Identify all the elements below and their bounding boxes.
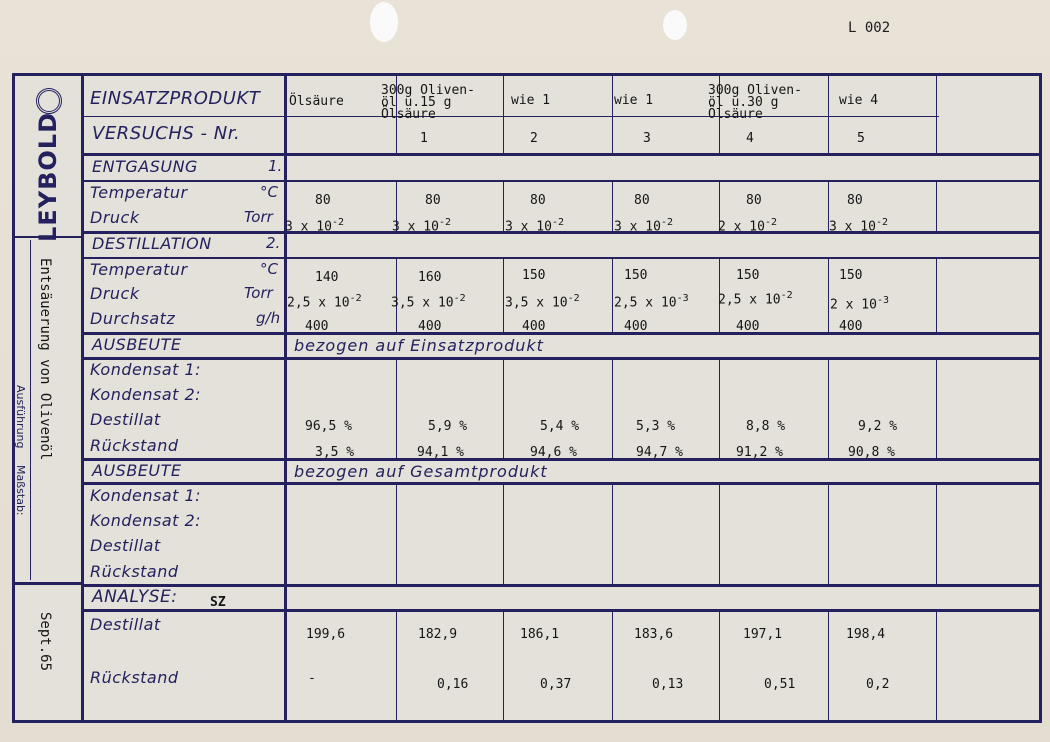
col3-ent-temp: 80 <box>634 194 650 207</box>
col-line <box>612 76 613 154</box>
ausbeute1-label: AUSBEUTE <box>92 335 182 354</box>
destillation-num: 2. <box>266 234 280 252</box>
col4-sz-destillat: 197,1 <box>743 628 782 641</box>
col-line <box>936 182 937 232</box>
ausbeute2-note: bezogen auf Gesamtprodukt <box>294 462 548 481</box>
dest-temp-unit: °C <box>260 260 278 278</box>
col-line <box>612 360 613 459</box>
col3-durchsatz: 400 <box>624 320 647 333</box>
row-line <box>84 180 1042 182</box>
col2-ent-temp: 80 <box>530 194 546 207</box>
a2-kondensat1: Kondensat 1: <box>90 486 201 505</box>
col2-nr: 2 <box>530 132 538 145</box>
col-line <box>612 259 613 333</box>
col1-sz-rueckstand: 0,16 <box>437 678 468 691</box>
col0-sz-rueckstand: - <box>308 672 316 685</box>
col2-einsatz: wie 1 <box>511 94 550 107</box>
col2-durchsatz: 400 <box>522 320 545 333</box>
row-line <box>84 257 1042 259</box>
a2-rueckstand: Rückstand <box>90 562 179 581</box>
ent-druck-label: Druck <box>90 208 140 227</box>
col-line <box>936 76 937 154</box>
col3-einsatz: wie 1 <box>614 94 653 107</box>
col-line <box>503 360 504 459</box>
col2-rueckstand-pct: 94,6 % <box>530 446 577 459</box>
dest-druck-label: Druck <box>90 284 140 303</box>
col-line <box>828 612 829 720</box>
col2-destillat-pct: 5,4 % <box>540 420 579 433</box>
col4-dest-temp: 150 <box>736 269 759 282</box>
col0-rueckstand-pct: 3,5 % <box>315 446 354 459</box>
col3-sz-rueckstand: 0,13 <box>652 678 683 691</box>
ausbeute1-note: bezogen auf Einsatzprodukt <box>294 336 544 355</box>
analyse-sz: SZ <box>210 596 226 609</box>
col2-ent-druck: 3 x 10-2 <box>505 216 564 233</box>
row-line <box>84 153 1042 156</box>
strip-hline <box>12 582 82 585</box>
col1-einsatz: 300g Oliven- öl u.15 g Ölsäure <box>381 85 475 121</box>
col3-dest-druck: 2,5 x 10-3 <box>614 292 689 309</box>
dest-temperatur-label: Temperatur <box>90 260 188 279</box>
col2-sz-rueckstand: 0,37 <box>540 678 571 691</box>
col0-sz-destillat: 199,6 <box>306 628 345 641</box>
col4-durchsatz: 400 <box>736 320 759 333</box>
einsatzprodukt-label: EINSATZPRODUKT <box>90 88 260 109</box>
col0-ent-druck: 3 x 10-2 <box>285 216 344 233</box>
col1-dest-druck: 3,5 x 10-2 <box>391 292 466 309</box>
analyse-label: ANALYSE: <box>92 587 177 607</box>
durchsatz-unit: g/h <box>256 309 280 327</box>
entgasung-num: 1. <box>268 157 282 175</box>
strip-divider <box>81 73 84 723</box>
col-line <box>503 182 504 232</box>
a1-kondensat2: Kondensat 2: <box>90 385 201 404</box>
col3-destillat-pct: 5,3 % <box>636 420 675 433</box>
col4-nr: 4 <box>746 132 754 145</box>
ent-druck-unit: Torr <box>244 208 273 226</box>
col5-sz-rueckstand: 0,2 <box>866 678 889 691</box>
strip-inner-line <box>30 240 31 580</box>
col-line <box>503 76 504 154</box>
analyse-rueckstand: Rückstand <box>90 668 179 687</box>
paper-sheet: L 002 LEYBOLD Entsäuerung von Olivenöl A… <box>0 0 1050 742</box>
col1-nr: 1 <box>420 132 428 145</box>
col0-ent-temp: 80 <box>315 194 331 207</box>
leybold-logo: LEYBOLD <box>34 88 64 228</box>
col3-sz-destillat: 183,6 <box>634 628 673 641</box>
row-line <box>84 332 1042 335</box>
logo-ring-icon <box>36 88 62 114</box>
document-title: Entsäuerung von Olivenöl <box>38 258 51 460</box>
col4-rueckstand-pct: 91,2 % <box>736 446 783 459</box>
col1-rueckstand-pct: 94,1 % <box>417 446 464 459</box>
col-line <box>719 485 720 585</box>
col-line <box>828 360 829 459</box>
col-line <box>503 259 504 333</box>
col5-dest-druck: 2 x 10-3 <box>830 294 889 311</box>
col-line <box>503 485 504 585</box>
col5-durchsatz: 400 <box>839 320 862 333</box>
document-id: L 002 <box>848 20 890 36</box>
col-line <box>936 612 937 720</box>
a1-destillat: Destillat <box>90 410 161 429</box>
col4-sz-rueckstand: 0,51 <box>764 678 795 691</box>
col4-ent-druck: 2 x 10-2 <box>718 216 777 233</box>
row-line <box>84 116 939 117</box>
col3-rueckstand-pct: 94,7 % <box>636 446 683 459</box>
versuchs-nr-label: VERSUCHS - Nr. <box>92 123 240 144</box>
col1-ent-temp: 80 <box>425 194 441 207</box>
col-line <box>396 360 397 459</box>
col-line <box>503 612 504 720</box>
analyse-destillat: Destillat <box>90 615 161 634</box>
col1-sz-destillat: 182,9 <box>418 628 457 641</box>
a1-kondensat1: Kondensat 1: <box>90 360 201 379</box>
col4-ent-temp: 80 <box>746 194 762 207</box>
col5-sz-destillat: 198,4 <box>846 628 885 641</box>
col5-destillat-pct: 9,2 % <box>858 420 897 433</box>
col4-einsatz: 300g Oliven- öl u.30 g Ölsäure <box>708 85 802 121</box>
ausbeute2-label: AUSBEUTE <box>92 461 182 480</box>
col-line <box>936 485 937 585</box>
dest-druck-unit: Torr <box>244 284 273 302</box>
ent-temperatur-label: Temperatur <box>90 183 188 202</box>
a1-rueckstand: Rückstand <box>90 436 179 455</box>
col1-ent-druck: 3 x 10-2 <box>392 216 451 233</box>
col4-dest-druck: 2,5 x 10-2 <box>718 289 793 306</box>
col-line <box>719 360 720 459</box>
col3-nr: 3 <box>643 132 651 145</box>
col-line <box>828 259 829 333</box>
col5-nr: 5 <box>857 132 865 145</box>
col5-ent-druck: 3 x 10-2 <box>829 216 888 233</box>
col-line <box>396 485 397 585</box>
col-line <box>612 485 613 585</box>
col2-dest-temp: 150 <box>522 269 545 282</box>
destillation-label: DESTILLATION <box>92 234 212 253</box>
row-line <box>84 482 1042 485</box>
col4-destillat-pct: 8,8 % <box>746 420 785 433</box>
col-line <box>719 612 720 720</box>
col-line <box>828 76 829 154</box>
durchsatz-label: Durchsatz <box>90 309 175 328</box>
col3-dest-temp: 150 <box>624 269 647 282</box>
col0-einsatz: Ölsäure <box>289 95 344 108</box>
col-line <box>936 360 937 459</box>
col-line <box>936 259 937 333</box>
col1-destillat-pct: 5,9 % <box>428 420 467 433</box>
row-line <box>84 357 1042 360</box>
col-line <box>612 182 613 232</box>
row-line <box>84 609 1042 612</box>
col1-dest-temp: 160 <box>418 271 441 284</box>
entgasung-label: ENTGASUNG <box>92 157 198 176</box>
ent-temp-unit: °C <box>260 183 278 201</box>
col-line <box>396 612 397 720</box>
col2-dest-druck: 3,5 x 10-2 <box>505 292 580 309</box>
col5-dest-temp: 150 <box>839 269 862 282</box>
massstab-label: Maßstab: <box>14 465 27 516</box>
col1-durchsatz: 400 <box>418 320 441 333</box>
col0-durchsatz: 400 <box>305 320 328 333</box>
col0-destillat-pct: 96,5 % <box>305 420 352 433</box>
a2-kondensat2: Kondensat 2: <box>90 511 201 530</box>
col2-sz-destillat: 186,1 <box>520 628 559 641</box>
punch-hole <box>663 10 687 40</box>
row-line <box>84 584 1042 587</box>
col0-dest-temp: 140 <box>315 271 338 284</box>
col5-ent-temp: 80 <box>847 194 863 207</box>
col0-dest-druck: 2,5 x 10-2 <box>287 292 362 309</box>
label-divider <box>284 73 287 723</box>
ausfuehrung-label: Ausführung <box>14 385 27 449</box>
col-line <box>828 485 829 585</box>
col5-einsatz: wie 4 <box>839 94 878 107</box>
punch-hole <box>370 2 398 42</box>
col-line <box>612 612 613 720</box>
col5-rueckstand-pct: 90,8 % <box>848 446 895 459</box>
document-date: Sept.65 <box>38 612 51 671</box>
col3-ent-druck: 3 x 10-2 <box>614 216 673 233</box>
a2-destillat: Destillat <box>90 536 161 555</box>
